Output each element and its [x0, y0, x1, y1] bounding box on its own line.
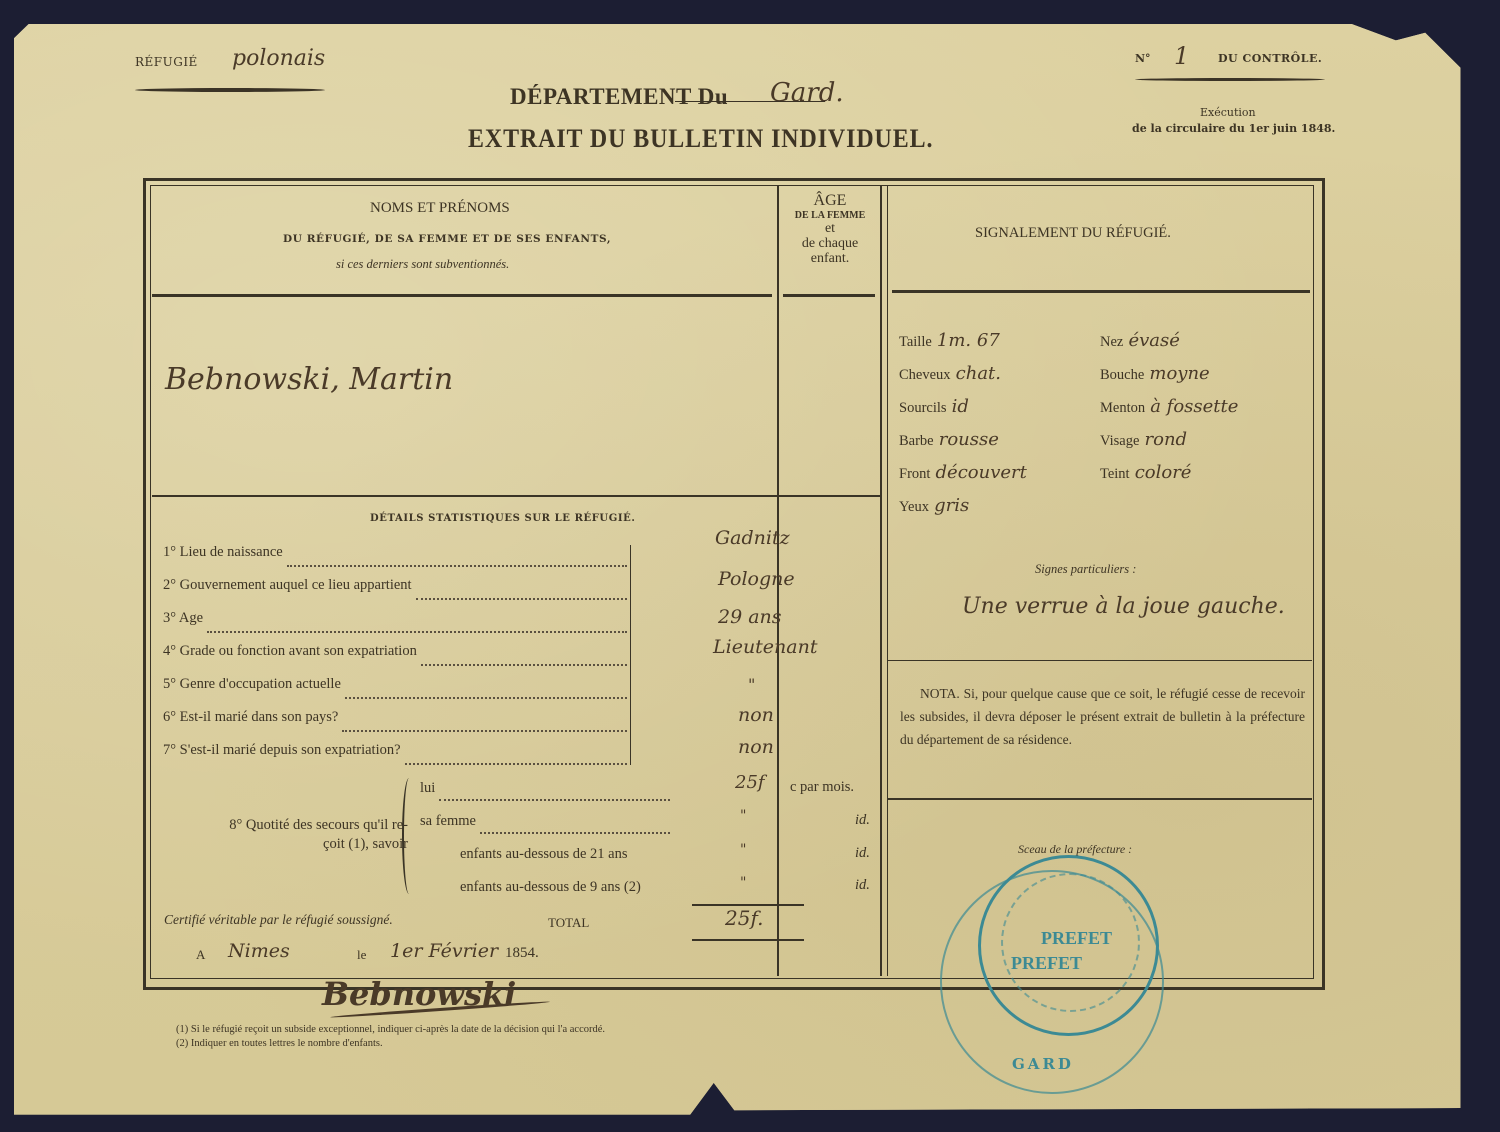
secours-unit-21: id.: [855, 845, 870, 862]
departement-underline: [675, 101, 825, 102]
nota-lead: NOTA.: [920, 686, 960, 701]
place-value: Nimes: [228, 940, 290, 962]
signalement-row: Menton à fossette: [1100, 396, 1300, 429]
value-marie-pays: non: [738, 704, 774, 726]
header-rule-signalement: [892, 290, 1310, 293]
signalement-right: Nez évasé Bouche moyne Menton à fossette…: [1100, 330, 1300, 495]
secours-unit-femme: id.: [855, 812, 870, 829]
execution-line1: Exécution: [1200, 106, 1256, 119]
details-row: 1° Lieu de naissance: [163, 544, 631, 577]
year-value: 1854.: [505, 945, 539, 962]
signalement-left: Taille 1m. 67 Cheveux chat. Sourcils id …: [899, 330, 1089, 528]
details-list: 1° Lieu de naissance 2° Gouvernement auq…: [163, 544, 631, 775]
secours-unit-9: id.: [855, 877, 870, 894]
names-bottom-rule: [152, 495, 880, 497]
value-grade: Lieutenant: [713, 636, 818, 658]
signalement-row: Barbe rousse: [899, 429, 1089, 462]
signalement-heading: SIGNALEMENT DU RÉFUGIÉ.: [975, 225, 1171, 242]
numero-label: N°: [1135, 52, 1151, 65]
details-row: 5° Genre d'occupation actuelle: [163, 676, 631, 709]
signalement-row: Teint coloré: [1100, 462, 1300, 495]
age-title: ÂGE: [782, 192, 878, 210]
certification-text: Certifié véritable par le réfugié soussi…: [164, 912, 393, 928]
secours-value-femme: ": [740, 808, 746, 824]
signes-label: Signes particuliers :: [1035, 562, 1136, 577]
value-occupation: ": [748, 675, 755, 694]
refugee-name: Bebnowski, Martin: [165, 362, 453, 397]
secours-row: lui: [420, 780, 710, 813]
signalement-row: Front découvert: [899, 462, 1089, 495]
secours-value-9: ": [740, 875, 746, 891]
details-heading: DÉTAILS STATISTIQUES SUR LE RÉFUGIÉ.: [370, 513, 635, 524]
header-rule-noms: [152, 294, 772, 297]
signalement-row: Cheveux chat.: [899, 363, 1089, 396]
footnotes: (1) Si le réfugié reçoit un subside exce…: [176, 1023, 605, 1051]
total-bottom-rule: [692, 939, 804, 941]
secours-row: sa femme: [420, 813, 710, 846]
departement-label: DÉPARTEMENT Du: [510, 84, 728, 110]
brace-icon: [402, 778, 416, 894]
execution-line2: de la circulaire du 1er juin 1848.: [1132, 122, 1335, 135]
value-gouvernement: Pologne: [718, 568, 795, 590]
secours-row: enfants au-dessous de 9 ans (2): [420, 879, 710, 912]
signalement-row: Sourcils id: [899, 396, 1089, 429]
ornament-divider: [135, 88, 325, 92]
footnote-1: (1) Si le réfugié reçoit un subside exce…: [176, 1023, 605, 1037]
age-sub1: DE LA FEMME: [782, 210, 878, 221]
secours-value-21: ": [740, 842, 746, 858]
signalement-row: Taille 1m. 67: [899, 330, 1089, 363]
signes-bottom-rule: [888, 660, 1312, 661]
nota-block: NOTA. Si, pour quelque cause que ce soit…: [900, 682, 1305, 751]
age-sub3: de chaque: [782, 236, 878, 251]
details-row: 6° Est-il marié dans son pays?: [163, 709, 631, 742]
details-row: 2° Gouvernement auquel ce lieu appartien…: [163, 577, 631, 610]
secours-unit-lui: c par mois.: [790, 779, 854, 796]
refugie-value: polonais: [232, 46, 325, 71]
value-lieu: Gadnitz: [715, 527, 790, 549]
age-sub2: et: [782, 221, 878, 236]
details-row: 4° Grade ou fonction avant son expatriat…: [163, 643, 631, 676]
signalement-row: Bouche moyne: [1100, 363, 1300, 396]
details-row: 7° S'est-il marié depuis son expatriatio…: [163, 742, 631, 775]
signalement-row: Yeux gris: [899, 495, 1089, 528]
secours-list: lui sa femme enfants au-dessous de 21 an…: [420, 780, 710, 912]
details-row: 3° Age: [163, 610, 631, 643]
secours-label: 8° Quotité des secours qu'il re- çoit (1…: [163, 816, 408, 854]
divider-age-right: [880, 186, 882, 976]
total-label: TOTAL: [548, 915, 589, 931]
a-label: A: [196, 947, 205, 963]
signes-value: Une verrue à la joue gauche.: [962, 594, 1285, 619]
document-title: EXTRAIT DU BULLETIN INDIVIDUEL.: [468, 124, 933, 154]
age-sub4: enfant.: [782, 251, 878, 266]
noms-subheading: DU RÉFUGIÉ, DE SA FEMME ET DE SES ENFANT…: [283, 233, 611, 245]
nota-text: Si, pour quelque cause que ce soit, le r…: [900, 686, 1305, 747]
secours-row: enfants au-dessous de 21 ans: [420, 846, 710, 879]
numero-value: 1: [1174, 42, 1189, 70]
ornament-divider: [1135, 78, 1325, 81]
seal-bottom-text: GARD: [1012, 1055, 1074, 1073]
noms-note: si ces derniers sont subventionnés.: [336, 257, 509, 272]
refugie-label: RÉFUGIÉ: [135, 55, 198, 69]
total-value: 25f.: [725, 906, 764, 930]
header-rule-age: [783, 294, 875, 297]
date-value: 1er Février: [390, 940, 498, 962]
nota-bottom-rule: [888, 798, 1312, 800]
footnote-2: (2) Indiquer en toutes lettres le nombre…: [176, 1037, 605, 1051]
departement-value: Gard.: [770, 78, 844, 108]
age-heading: ÂGE DE LA FEMME et de chaque enfant.: [782, 192, 878, 267]
signalement-row: Nez évasé: [1100, 330, 1300, 363]
controle-label: DU CONTRÔLE.: [1218, 52, 1322, 65]
secours-value-lui: 25f: [735, 772, 765, 793]
noms-heading: NOMS ET PRÉNOMS: [370, 200, 510, 217]
le-label: le: [357, 947, 366, 963]
signalement-row: Visage rond: [1100, 429, 1300, 462]
value-age: 29 ans: [718, 606, 782, 628]
value-marie-expatriation: non: [738, 736, 774, 758]
divider-signalement: [887, 186, 888, 976]
